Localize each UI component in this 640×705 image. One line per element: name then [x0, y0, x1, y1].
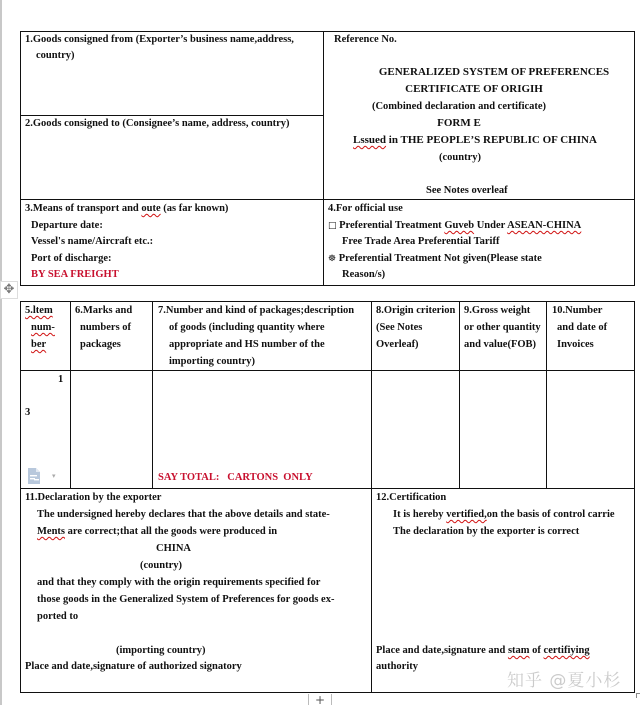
box12-label: 12.Certification [376, 489, 446, 506]
paste-options-icon[interactable] [28, 468, 40, 484]
col6-line1: 6.Marks and [75, 302, 132, 319]
opt1-wavy1: Guveb [444, 220, 474, 231]
country-note: (country) [439, 149, 481, 166]
cert-sig-wavy1: stam [508, 645, 530, 656]
wheel-bullet-icon[interactable]: ☸ [328, 254, 336, 264]
say-total: SAY TOTAL: CARTONS ONLY [158, 469, 313, 486]
box3-label: 3.Means of transport and oute (as far kn… [25, 200, 228, 217]
declaration-line2: Ments are correct;that all the goods wer… [37, 523, 277, 540]
checkbox-icon[interactable]: □ [328, 221, 337, 231]
col8-line2: (See Notes [376, 319, 422, 336]
certifier-signature-label: Place and date,signature and stam of cer… [376, 642, 590, 659]
declaration-line2-rest: are correct;that all the goods were prod… [65, 526, 277, 537]
col10-line2: and date of [557, 319, 607, 336]
col7-line4: importing country) [169, 353, 255, 370]
cert-sig-wavy2: certifiying [544, 645, 590, 656]
box3-label-prefix: 3.Means of transport and [25, 203, 141, 214]
departure-date-label: Departure date: [31, 217, 103, 234]
col10-line3: Invoices [557, 336, 594, 353]
box11-label: 11.Declaration by the exporter [25, 489, 161, 506]
certificate-subtitle: CERTIFICATE OF ORIGIH [324, 81, 624, 98]
opt1-wavy2: ASEAN-CHINA [507, 220, 581, 231]
declaration-line3: and that they comply with the origin req… [37, 574, 320, 591]
col5-line1: 5.ltem [25, 302, 53, 319]
certification-line1: It is hereby vertified,on the basis of c… [393, 506, 615, 523]
opt1-mid: Under [474, 220, 507, 231]
page-margin-line [0, 0, 2, 705]
col-divider-1 [70, 301, 71, 489]
form-e: FORM E [324, 115, 594, 132]
col9-line1: 9.Gross weight [464, 302, 530, 319]
box2-label: 2.Goods consigned to (Consignee’s name, … [25, 115, 290, 132]
issued-rest: in THE PEOPLE’S REPUBLIC OF CHINA [386, 134, 597, 146]
issued-in: Lssued in THE PEOPLE’S REPUBLIC OF CHINA [353, 132, 597, 149]
col7-line1: 7.Number and kind of packages;descriptio… [158, 302, 354, 319]
goods-header-divider [20, 370, 635, 371]
cert-line1-rest: on the basis of control carrie [487, 509, 615, 520]
producing-country-note: (country) [140, 557, 182, 574]
col6-line3: packages [80, 336, 121, 353]
declaration-line5: ported to [37, 608, 78, 625]
certifier-signature-cont: authority [376, 658, 418, 675]
col6-line2: numbers of [80, 319, 131, 336]
box3-label-suffix: (as far known) [161, 203, 229, 214]
col9-line3: and value(FOB) [464, 336, 536, 353]
col5-line3: ber [31, 336, 46, 353]
table-move-handle-icon[interactable]: ✥ [0, 281, 18, 299]
item-number-value-1: 1 [58, 371, 63, 388]
reference-no-label: Reference No. [334, 31, 397, 48]
col10-line1: 10.Number [552, 302, 602, 319]
certificate-title: GENERALIZED SYSTEM OF PREFERENCES [324, 64, 640, 81]
see-notes: See Notes overleaf [426, 182, 508, 199]
declaration-line2-wavy: Ments [37, 526, 65, 537]
exporter-signature-label: Place and date,signature of authorized s… [25, 658, 242, 675]
item-number-value-2: 3 [25, 404, 30, 421]
box1-label-cont: country) [36, 47, 75, 64]
vessel-name-label: Vessel's name/Aircraft etc.: [31, 233, 153, 250]
box1-label: 1.Goods consigned from (Exporter’s busin… [25, 31, 294, 48]
cert-line1-prefix: It is hereby [393, 509, 446, 520]
col-divider-5 [546, 301, 547, 489]
producing-country: CHINA [156, 540, 191, 557]
issued-prefix: Lssued [353, 134, 386, 146]
col-divider-3 [371, 301, 372, 693]
add-row-button[interactable]: + [308, 694, 332, 705]
col7-line2: of goods (including quantity where [169, 319, 325, 336]
freight-value: BY SEA FREIGHT [31, 266, 119, 283]
box3-label-wavy: oute [141, 203, 160, 214]
importing-country-note: (importing country) [116, 642, 206, 659]
watermark: 知乎 @夏小杉 [507, 666, 621, 691]
opt2-line1: Preferential Treatment Not given(Please … [339, 253, 542, 264]
cert-sig-prefix: Place and date,signature and [376, 645, 508, 656]
certification-line2: The declaration by the exporter is corre… [393, 523, 579, 540]
cert-sig-mid: of [530, 645, 544, 656]
declaration-line1: The undersigned hereby declares that the… [37, 506, 330, 523]
preferential-not-given-cont: Reason/s) [342, 266, 385, 283]
declaration-line4: those goods in the Generalized System of… [37, 591, 334, 608]
paste-options-dropdown-icon[interactable]: ▾ [52, 472, 56, 480]
table-resize-handle[interactable] [636, 693, 640, 698]
col5-line2: num- [31, 319, 55, 336]
port-of-discharge-label: Port of discharge: [31, 250, 111, 267]
col7-line3: appropriate and HS number of the [169, 336, 325, 353]
combined-declaration: (Combined declaration and certificate) [324, 98, 594, 115]
box4-label: 4.For official use [328, 200, 403, 217]
preferential-given-cont: Free Trade Area Preferential Tariff [342, 233, 499, 250]
opt1-prefix: Preferential Treatment [339, 220, 444, 231]
col8-line1: 8.Origin criterion [376, 302, 455, 319]
col8-line3: Overleaf) [376, 336, 419, 353]
col-divider-4 [459, 301, 460, 489]
col9-line2: or other quantity [464, 319, 541, 336]
col-divider-2 [152, 301, 153, 489]
cert-line1-wavy: vertified, [446, 509, 487, 520]
